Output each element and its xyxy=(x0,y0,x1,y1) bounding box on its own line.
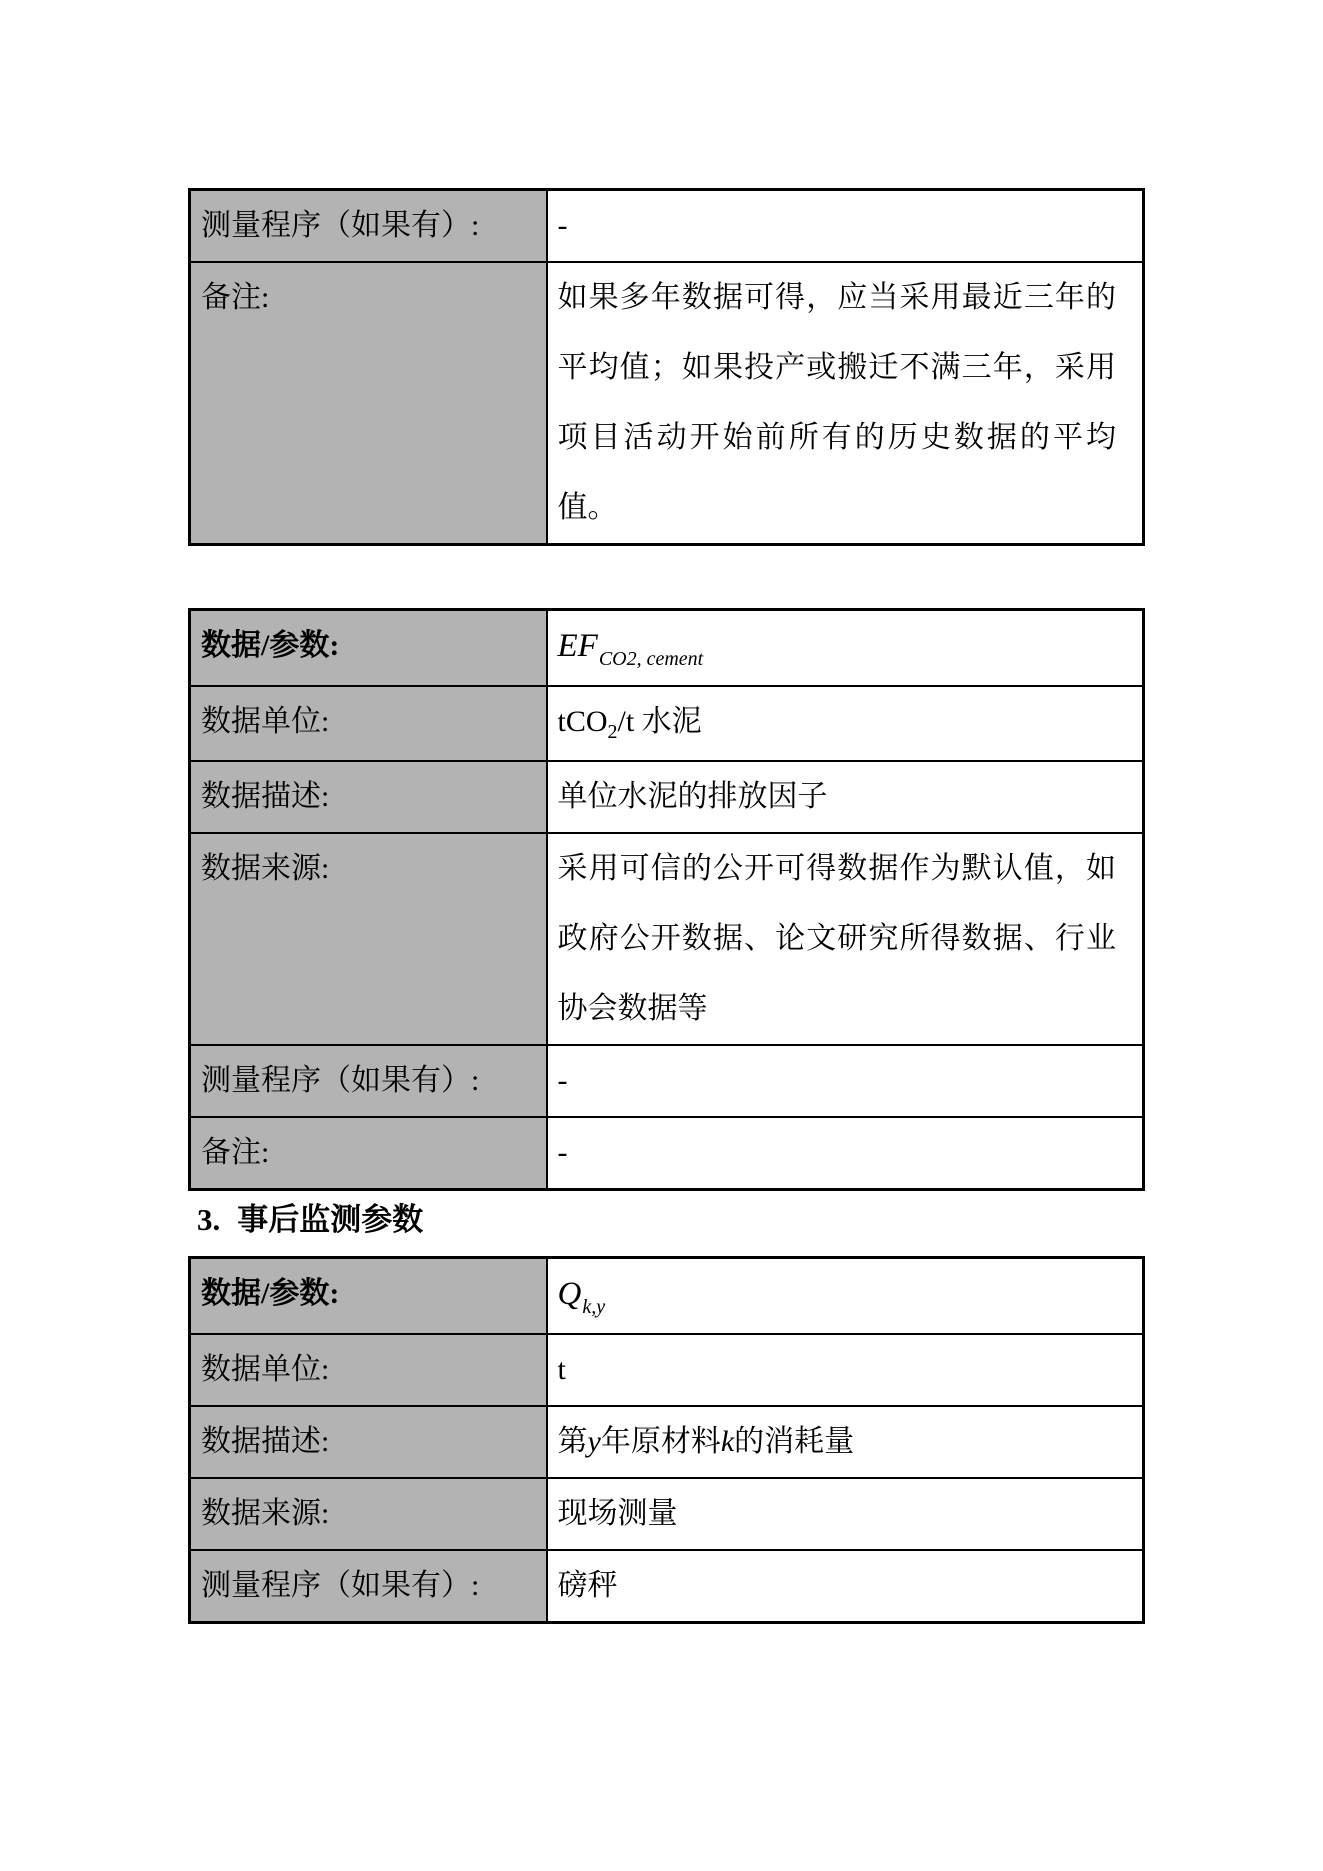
data-source-label: 数据来源: xyxy=(190,1478,547,1550)
measurement-procedure-label: 测量程序（如果有）: xyxy=(190,1045,547,1117)
measurement-procedure-value: 磅秤 xyxy=(547,1550,1144,1623)
formula-base: EF xyxy=(558,628,598,664)
unit-suffix: /t 水泥 xyxy=(618,705,702,738)
section-number: 3. xyxy=(197,1202,220,1237)
unit-subscript: 2 xyxy=(608,721,618,743)
data-description-label: 数据描述: xyxy=(190,761,547,833)
data-description-value: 单位水泥的排放因子 xyxy=(547,761,1144,833)
desc-text: 的消耗量 xyxy=(734,1425,854,1458)
q-parameter-table: 数据/参数: Qk,y 数据单位: t 数据描述: 第y年原材料k的消耗量 数据… xyxy=(188,1256,1145,1624)
measurement-procedure-value: - xyxy=(547,190,1144,263)
data-unit-value: tCO2/t 水泥 xyxy=(547,686,1144,761)
formula-subscript: CO2, cement xyxy=(599,648,703,670)
formula-base: Q xyxy=(558,1276,582,1312)
table-row: 数据来源: 现场测量 xyxy=(190,1478,1144,1550)
table-row: 测量程序（如果有）: 磅秤 xyxy=(190,1550,1144,1623)
remark-label: 备注: xyxy=(190,1117,547,1190)
data-source-label: 数据来源: xyxy=(190,833,547,1045)
desc-variable: k xyxy=(721,1425,734,1458)
table-row: 数据描述: 单位水泥的排放因子 xyxy=(190,761,1144,833)
table-row: 数据来源: 采用可信的公开可得数据作为默认值，如政府公开数据、论文研究所得数据、… xyxy=(190,833,1144,1045)
remark-value: - xyxy=(547,1117,1144,1190)
unit-prefix: tCO xyxy=(558,705,608,738)
remark-value: 如果多年数据可得，应当采用最近三年的平均值；如果投产或搬迁不满三年，采用项目活动… xyxy=(547,262,1144,545)
measurement-procedure-value: - xyxy=(547,1045,1144,1117)
formula-subscript: k,y xyxy=(582,1296,605,1318)
data-description-label: 数据描述: xyxy=(190,1406,547,1478)
data-source-value: 采用可信的公开可得数据作为默认值，如政府公开数据、论文研究所得数据、行业协会数据… xyxy=(547,833,1144,1045)
section-heading: 3.事后监测参数 xyxy=(197,1198,423,1242)
table-row: 备注: 如果多年数据可得，应当采用最近三年的平均值；如果投产或搬迁不满三年，采用… xyxy=(190,262,1144,545)
table-row: 测量程序（如果有）: - xyxy=(190,190,1144,263)
parameter-value: Qk,y xyxy=(547,1258,1144,1335)
table-row: 数据单位: tCO2/t 水泥 xyxy=(190,686,1144,761)
table-row: 数据单位: t xyxy=(190,1334,1144,1406)
table-row: 备注: - xyxy=(190,1117,1144,1190)
desc-text: 年原材料 xyxy=(601,1425,721,1458)
ef-parameter-table: 数据/参数: EFCO2, cement 数据单位: tCO2/t 水泥 数据描… xyxy=(188,608,1145,1191)
desc-text: 第 xyxy=(558,1425,588,1458)
parameter-label: 数据/参数: xyxy=(190,610,547,687)
table-row: 数据/参数: EFCO2, cement xyxy=(190,610,1144,687)
data-unit-label: 数据单位: xyxy=(190,1334,547,1406)
desc-variable: y xyxy=(588,1425,601,1458)
ef-formula: EFCO2, cement xyxy=(558,628,704,664)
data-unit-value: t xyxy=(547,1334,1144,1406)
table-row: 测量程序（如果有）: - xyxy=(190,1045,1144,1117)
measurement-procedure-label: 测量程序（如果有）: xyxy=(190,190,547,263)
table-row: 数据描述: 第y年原材料k的消耗量 xyxy=(190,1406,1144,1478)
document-page: 测量程序（如果有）: - 备注: 如果多年数据可得，应当采用最近三年的平均值；如… xyxy=(0,0,1323,1871)
remarks-table: 测量程序（如果有）: - 备注: 如果多年数据可得，应当采用最近三年的平均值；如… xyxy=(188,188,1145,546)
remark-label: 备注: xyxy=(190,262,547,545)
data-source-value: 现场测量 xyxy=(547,1478,1144,1550)
data-unit-label: 数据单位: xyxy=(190,686,547,761)
data-description-value: 第y年原材料k的消耗量 xyxy=(547,1406,1144,1478)
table-row: 数据/参数: Qk,y xyxy=(190,1258,1144,1335)
parameter-value: EFCO2, cement xyxy=(547,610,1144,687)
section-title: 事后监测参数 xyxy=(237,1202,423,1237)
q-formula: Qk,y xyxy=(558,1276,606,1312)
measurement-procedure-label: 测量程序（如果有）: xyxy=(190,1550,547,1623)
parameter-label: 数据/参数: xyxy=(190,1258,547,1335)
